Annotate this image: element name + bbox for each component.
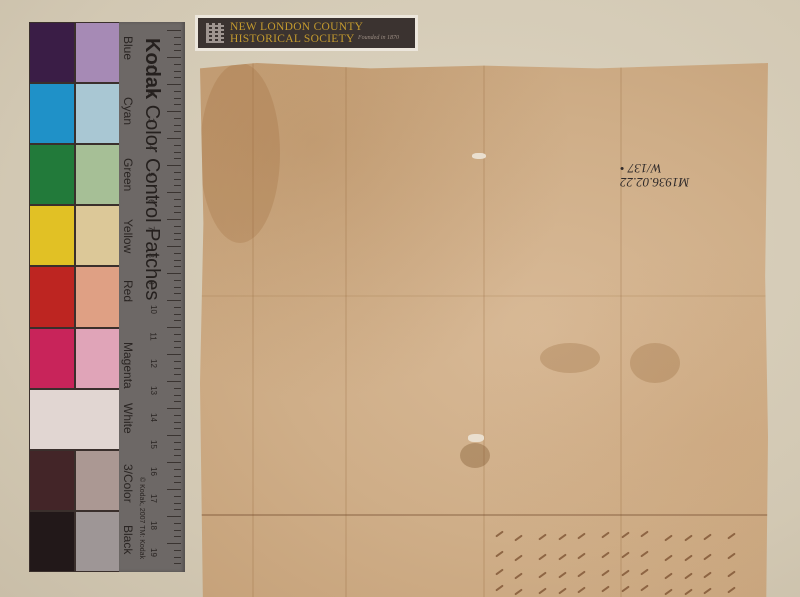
patch-label: Yellow — [121, 219, 135, 253]
ruler-tick — [174, 172, 181, 173]
ink-stroke — [727, 553, 736, 560]
society-founded-text: Founded in 1870 — [358, 35, 399, 41]
stain — [630, 343, 680, 383]
patch-label: Black — [121, 525, 135, 554]
ink-stroke — [621, 586, 630, 593]
ruler-tick — [167, 165, 181, 166]
ink-stroke — [577, 533, 586, 540]
ruler-tick — [174, 145, 181, 146]
society-name-line1: NEW LONDON COUNTY — [230, 21, 363, 33]
ink-stroke — [495, 569, 504, 576]
ruler-tick — [174, 523, 181, 524]
ink-stroke — [538, 554, 547, 561]
color-patch — [75, 266, 121, 327]
ink-stroke — [684, 573, 693, 580]
ink-stroke — [640, 569, 649, 576]
ruler-cm-number: 4 — [147, 145, 156, 149]
ruler-tick — [174, 455, 181, 456]
catalog-number: M1936.02.22 W/137 • — [620, 161, 689, 189]
ruler-tick — [174, 71, 181, 72]
ink-stroke — [703, 572, 712, 579]
ruler-tick — [174, 212, 181, 213]
color-patch — [29, 328, 75, 389]
ink-stroke — [640, 551, 649, 558]
ink-stroke — [514, 573, 523, 580]
ruler-tick — [167, 192, 181, 193]
ruler-tick — [174, 557, 181, 558]
ink-stroke — [727, 533, 736, 540]
ruler-cm-number: 13 — [149, 386, 158, 395]
ruler-tick — [174, 185, 181, 186]
ink-stroke — [640, 585, 649, 592]
ink-stroke — [495, 585, 504, 592]
ink-stroke — [684, 589, 693, 596]
patch-row-blue — [29, 22, 121, 83]
ruler-tick — [174, 118, 181, 119]
ruler-tick — [174, 401, 181, 402]
ruler-cm-number: 6 — [147, 199, 156, 203]
society-logo-icon — [206, 23, 224, 43]
ruler-cm-number: 11 — [149, 332, 158, 340]
ink-stroke — [621, 552, 630, 559]
ruler-tick — [174, 341, 181, 342]
ruler-tick — [167, 246, 181, 247]
ink-stroke — [621, 570, 630, 577]
ruler-tick — [174, 509, 181, 510]
patch-row-white — [29, 389, 121, 450]
ruler-tick — [174, 563, 181, 564]
color-patch — [75, 328, 121, 389]
ruler-tick — [174, 307, 181, 308]
ruler-tick — [174, 226, 181, 227]
ruler-tick — [167, 435, 181, 436]
color-patch — [29, 205, 75, 266]
ruler-tick — [174, 482, 181, 483]
kodak-color-card: Kodak Color Control Patches © Kodak, 200… — [27, 22, 187, 572]
ruler-tick — [174, 260, 181, 261]
ruler-tick — [174, 131, 181, 132]
ruler-tick — [174, 374, 181, 375]
ruler-tick — [167, 327, 181, 328]
ruler-tick — [174, 368, 181, 369]
ink-stroke — [558, 588, 567, 595]
ruler-cm-number: 17 — [149, 494, 158, 503]
ink-stroke — [577, 553, 586, 560]
fold-line — [200, 295, 768, 297]
ruler-tick — [174, 104, 181, 105]
ink-stroke — [538, 572, 547, 579]
ruler-tick — [174, 253, 181, 254]
ruler-tick — [167, 138, 181, 139]
patch-row-red — [29, 266, 121, 327]
ink-stroke — [703, 554, 712, 561]
ruler-tick — [174, 496, 181, 497]
ink-stroke — [601, 570, 610, 577]
ruler-tick — [174, 158, 181, 159]
ink-stroke — [703, 534, 712, 541]
ruler-tick — [167, 516, 181, 517]
patch-label: Red — [121, 280, 135, 302]
ruler-tick — [167, 111, 181, 112]
card-copyright: © Kodak, 2007 TM: Kodak — [138, 477, 145, 559]
ruler-tick — [174, 287, 181, 288]
color-patch — [29, 266, 75, 327]
paper-tear — [468, 434, 484, 442]
ruler-tick — [174, 395, 181, 396]
ink-stroke — [664, 555, 673, 562]
ink-stroke — [514, 589, 523, 596]
ink-stroke — [601, 532, 610, 539]
ruler-cm-number: 15 — [149, 440, 158, 449]
ruler-tick — [174, 334, 181, 335]
ink-stroke — [577, 587, 586, 594]
ink-stroke — [495, 531, 504, 538]
society-label: NEW LONDON COUNTY HISTORICAL SOCIETY Fou… — [195, 15, 418, 51]
color-patch — [75, 22, 121, 83]
ruler-tick — [174, 280, 181, 281]
ruler-tick — [174, 347, 181, 348]
ruler-cm-number: 9 — [147, 280, 156, 284]
ruler-tick — [174, 530, 181, 531]
stain — [200, 63, 280, 243]
ruler-cm-number: 16 — [149, 467, 158, 476]
ruler-tick — [174, 125, 181, 126]
ink-stroke — [538, 534, 547, 541]
ruler-cm-number: 1 — [147, 64, 156, 68]
ruler-tick — [167, 543, 181, 544]
ink-stroke — [664, 589, 673, 596]
color-patch — [29, 22, 75, 83]
ruler-tick — [174, 206, 181, 207]
patch-row-magenta — [29, 328, 121, 389]
ink-stroke — [558, 572, 567, 579]
ruler-tick — [174, 199, 181, 200]
patch-row-black — [29, 511, 121, 572]
patch-label: White — [121, 403, 135, 434]
patch-label: Blue — [121, 36, 135, 60]
color-patch — [75, 205, 121, 266]
ink-stroke — [621, 532, 630, 539]
catalog-number-line2: W/137 • — [620, 161, 689, 175]
fold-line — [200, 514, 768, 516]
ruler-tick — [174, 91, 181, 92]
ruler-tick — [174, 449, 181, 450]
ruler-tick — [174, 428, 181, 429]
ruler-tick — [174, 361, 181, 362]
ruler-cm-number: 12 — [149, 359, 158, 368]
patch-row-yellow — [29, 205, 121, 266]
patch-label: 3/Color — [121, 464, 135, 503]
fold-line — [620, 63, 622, 597]
ruler-tick — [174, 50, 181, 51]
patch-row-cyan — [29, 83, 121, 144]
ruler-cm-number: 18 — [149, 521, 158, 530]
paper-tear — [472, 153, 486, 159]
historical-document: M1936.02.22 W/137 • — [200, 63, 768, 597]
ruler-tick — [174, 415, 181, 416]
color-patch — [29, 83, 75, 144]
ink-stroke — [514, 535, 523, 542]
ruler-tick — [167, 354, 181, 355]
ruler-cm-number: 19 — [149, 548, 158, 557]
ruler-tick — [174, 388, 181, 389]
ruler-cm-number: 2 — [147, 91, 156, 95]
ink-stroke — [664, 573, 673, 580]
ruler-tick — [167, 381, 181, 382]
color-patch — [29, 389, 121, 450]
ink-stroke — [514, 555, 523, 562]
ink-stroke — [538, 588, 547, 595]
ink-stroke — [664, 535, 673, 542]
patch-row-3-color — [29, 450, 121, 511]
ruler-tick — [167, 489, 181, 490]
ruler-tick — [174, 77, 181, 78]
ink-stroke — [703, 588, 712, 595]
ruler-cm-number: 5 — [147, 172, 156, 176]
ruler-tick — [174, 44, 181, 45]
ruler-tick — [167, 219, 181, 220]
ruler-cm-number: 3 — [147, 118, 156, 122]
kodak-brand-title: Kodak Color Control Patches — [140, 38, 163, 300]
ink-stroke — [727, 571, 736, 578]
ruler-tick — [167, 84, 181, 85]
color-patch — [75, 450, 121, 511]
ruler-tick — [174, 550, 181, 551]
ink-stroke — [495, 551, 504, 558]
ruler-tick — [174, 442, 181, 443]
ruler-tick — [174, 37, 181, 38]
fold-line — [345, 63, 347, 597]
ink-stroke — [601, 586, 610, 593]
ruler-tick — [174, 179, 181, 180]
patch-label: Cyan — [121, 97, 135, 125]
ink-stroke — [727, 587, 736, 594]
ruler-tick — [167, 408, 181, 409]
ruler-tick — [167, 57, 181, 58]
ruler-tick — [174, 64, 181, 65]
stain — [540, 343, 600, 373]
catalog-number-line1: M1936.02.22 — [620, 175, 689, 189]
ruler-tick — [174, 422, 181, 423]
ink-stroke — [558, 554, 567, 561]
patch-row-green — [29, 144, 121, 205]
ink-stroke — [684, 535, 693, 542]
ruler-tick — [174, 233, 181, 234]
ruler-tick — [167, 273, 181, 274]
ruler-tick — [174, 469, 181, 470]
ink-stroke — [684, 555, 693, 562]
stain — [460, 443, 490, 468]
ruler-tick — [174, 239, 181, 240]
color-patch — [75, 144, 121, 205]
color-patches — [29, 22, 121, 572]
ruler-tick — [167, 462, 181, 463]
color-patch — [29, 450, 75, 511]
ink-stroke — [558, 534, 567, 541]
ruler-tick — [174, 503, 181, 504]
ruler-tick — [174, 476, 181, 477]
ruler-tick — [174, 293, 181, 294]
ruler-strip: Kodak Color Control Patches © Kodak, 200… — [119, 22, 185, 572]
ruler-tick — [174, 152, 181, 153]
ruler-tick — [174, 98, 181, 99]
ruler-tick — [174, 266, 181, 267]
society-name-line2: HISTORICAL SOCIETY — [230, 33, 355, 45]
patch-label: Green — [121, 158, 135, 191]
ink-stroke — [577, 571, 586, 578]
ink-stroke — [640, 531, 649, 538]
ruler-tick — [174, 314, 181, 315]
ink-stroke — [601, 552, 610, 559]
ruler-tick — [167, 30, 181, 31]
ruler-cm-number: 7 — [147, 226, 156, 230]
ruler-cm-number: 8 — [147, 253, 156, 257]
ruler-tick — [167, 300, 181, 301]
ruler-tick — [174, 536, 181, 537]
color-patch — [29, 144, 75, 205]
fold-line — [483, 63, 485, 597]
color-patch — [29, 511, 75, 572]
color-patch — [75, 83, 121, 144]
patch-label: Magenta — [121, 342, 135, 389]
ruler-tick — [174, 320, 181, 321]
ruler-cm-number: 14 — [149, 413, 158, 422]
ruler-cm-number: 10 — [149, 305, 158, 314]
society-label-banner: NEW LONDON COUNTY HISTORICAL SOCIETY Fou… — [198, 18, 415, 48]
color-patch — [75, 511, 121, 572]
